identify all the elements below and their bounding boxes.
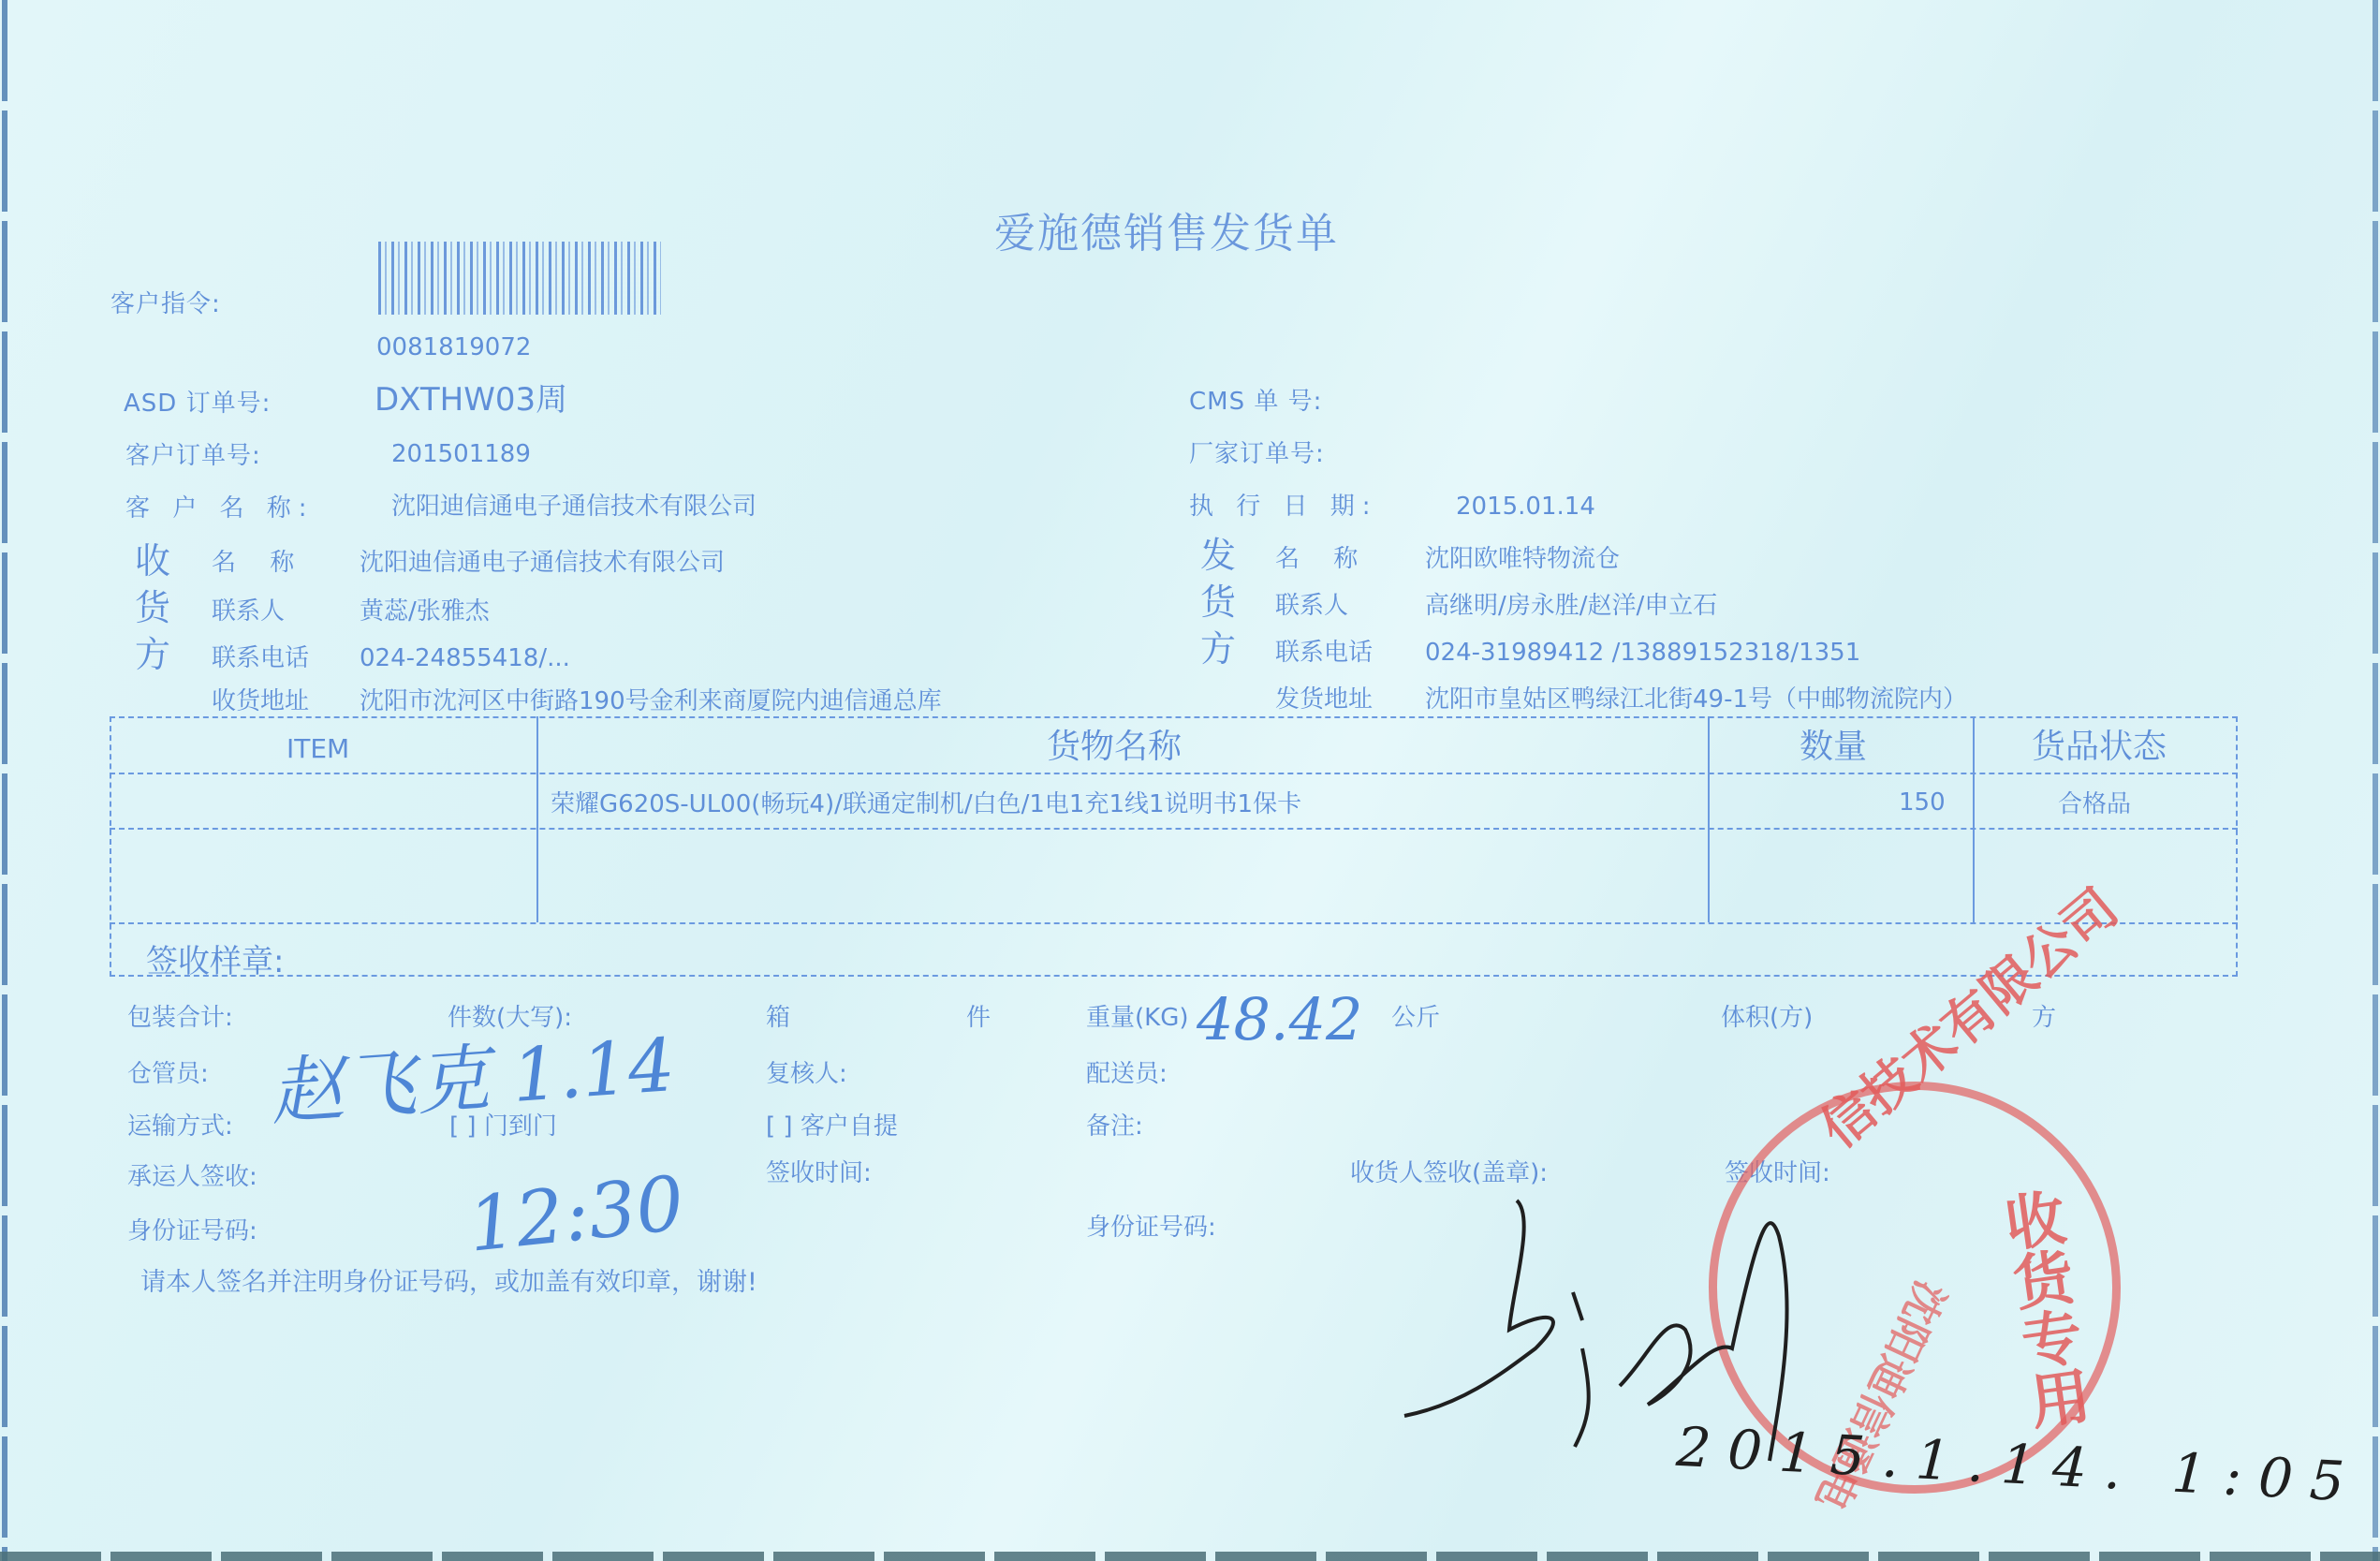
remarks-label: 备注: bbox=[1086, 1114, 1143, 1139]
sign-stamp-label: 签收样章: bbox=[146, 946, 284, 978]
asd-order-label: ASD 订单号: bbox=[124, 391, 271, 416]
receiver-name-label: 名 称 bbox=[212, 551, 307, 575]
carrier-sign-label: 承运人签收: bbox=[127, 1165, 257, 1189]
delivery-person-label: 配送员: bbox=[1086, 1062, 1168, 1086]
asd-order-value: DXTHW03周 bbox=[375, 384, 567, 416]
bottom-perforation bbox=[0, 1552, 2380, 1561]
shipper-contact-label: 联系人 bbox=[1275, 594, 1348, 618]
weight-label: 重量(KG) bbox=[1086, 1006, 1189, 1030]
col-header-item: ITEM bbox=[286, 736, 349, 762]
customer-instruction-label: 客户指令: bbox=[110, 292, 221, 317]
shipper-name-label: 名 称 bbox=[1275, 547, 1371, 571]
box-label: 箱 bbox=[766, 1006, 790, 1030]
receiver-contact-value: 黄蕊/张雅杰 bbox=[360, 599, 490, 624]
volume-unit: 方 bbox=[2032, 1006, 2056, 1030]
exec-date-label: 执 行 日 期: bbox=[1189, 494, 1378, 519]
col-header-quantity: 数量 bbox=[1800, 730, 1867, 764]
document-title: 爱施德销售发货单 bbox=[994, 214, 1339, 255]
table-row-1-status: 合格品 bbox=[2058, 792, 2131, 817]
table-col-divider-2 bbox=[1708, 716, 1710, 922]
right-perforation bbox=[2373, 0, 2378, 1561]
table-row-1-name: 荣耀G620S-UL00(畅玩4)/联通定制机/白色/1电1充1线1说明书1保卡 bbox=[551, 792, 1301, 817]
weight-unit: 公斤 bbox=[1391, 1006, 1440, 1030]
receiver-side-char-1: 收 bbox=[135, 543, 170, 579]
exec-date-value: 2015.01.14 bbox=[1456, 494, 1595, 519]
shipper-address-label: 发货地址 bbox=[1275, 687, 1373, 712]
volume-label: 体积(方) bbox=[1721, 1006, 1813, 1030]
barcode bbox=[378, 242, 661, 315]
col-header-goods-name: 货物名称 bbox=[1047, 730, 1182, 764]
shipper-phone-value: 024-31989412 /13889152318/1351 bbox=[1425, 641, 1860, 665]
cms-label: CMS 单 号: bbox=[1189, 390, 1322, 414]
customer-name-label: 客 户 名 称: bbox=[125, 496, 315, 521]
warehouse-keeper-label: 仓管员: bbox=[127, 1062, 209, 1086]
receiver-address-label: 收货地址 bbox=[212, 689, 309, 714]
left-perforation bbox=[2, 0, 7, 1561]
receiver-contact-label: 联系人 bbox=[212, 599, 285, 624]
sign-time-label: 签收时间: bbox=[766, 1161, 872, 1185]
customer-order-value: 201501189 bbox=[391, 442, 531, 466]
table-body-bottom bbox=[110, 922, 2238, 924]
transport-option-door-to-door[interactable]: [ ] 门到门 bbox=[449, 1114, 557, 1139]
col-header-status: 货品状态 bbox=[2032, 730, 2167, 764]
receiver-side-char-3: 方 bbox=[135, 637, 170, 672]
shipper-address-value: 沈阳市皇姑区鸭绿江北街49-1号（中邮物流院内） bbox=[1425, 687, 1967, 712]
receiver-phone-label: 联系电话 bbox=[212, 646, 309, 670]
signature-notice: 请本人签名并注明身份证号码，或加盖有效印章，谢谢! bbox=[140, 1270, 757, 1295]
shipper-side-char-1: 发 bbox=[1200, 538, 1236, 573]
id-number-label-left: 身份证号码: bbox=[127, 1219, 257, 1244]
shipper-contact-value: 高继明/房永胜/赵洋/申立石 bbox=[1425, 594, 1717, 618]
receiver-address-value: 沈阳市沈河区中街路190号金利来商厦院内迪信通总库 bbox=[360, 689, 942, 714]
factory-order-label: 厂家订单号: bbox=[1189, 442, 1325, 466]
id-number-label-right: 身份证号码: bbox=[1086, 1215, 1216, 1240]
table-col-divider-1 bbox=[536, 716, 538, 922]
barcode-number: 0081819072 bbox=[376, 335, 531, 360]
receiver-side-char-2: 货 bbox=[135, 590, 170, 626]
table-row-divider bbox=[110, 828, 2238, 830]
package-total-label: 包装合计: bbox=[127, 1006, 233, 1030]
transport-option-self-pickup[interactable]: [ ] 客户自提 bbox=[766, 1114, 898, 1139]
reviewer-label: 复核人: bbox=[766, 1062, 847, 1086]
table-col-divider-3 bbox=[1973, 716, 1975, 922]
shipper-side-char-3: 方 bbox=[1200, 631, 1236, 667]
receiver-name-value: 沈阳迪信通电子通信技术有限公司 bbox=[360, 551, 725, 575]
shipper-phone-label: 联系电话 bbox=[1275, 641, 1373, 665]
transport-label: 运输方式: bbox=[127, 1114, 233, 1139]
table-header-divider bbox=[110, 773, 2238, 774]
shipper-name-value: 沈阳欧唯特物流仓 bbox=[1425, 547, 1620, 571]
table-row-1-quantity: 150 bbox=[1899, 790, 1946, 815]
customer-name-value: 沈阳迪信通电子通信技术有限公司 bbox=[391, 494, 757, 519]
piece-label: 件 bbox=[966, 1006, 991, 1030]
receiver-sign-label: 收货人签收(盖章): bbox=[1350, 1161, 1548, 1185]
receiver-phone-value: 024-24855418/... bbox=[360, 646, 570, 670]
shipper-side-char-2: 货 bbox=[1200, 584, 1236, 620]
customer-order-label: 客户订单号: bbox=[125, 444, 261, 468]
weight-value: 48.42 bbox=[1197, 985, 1363, 1053]
